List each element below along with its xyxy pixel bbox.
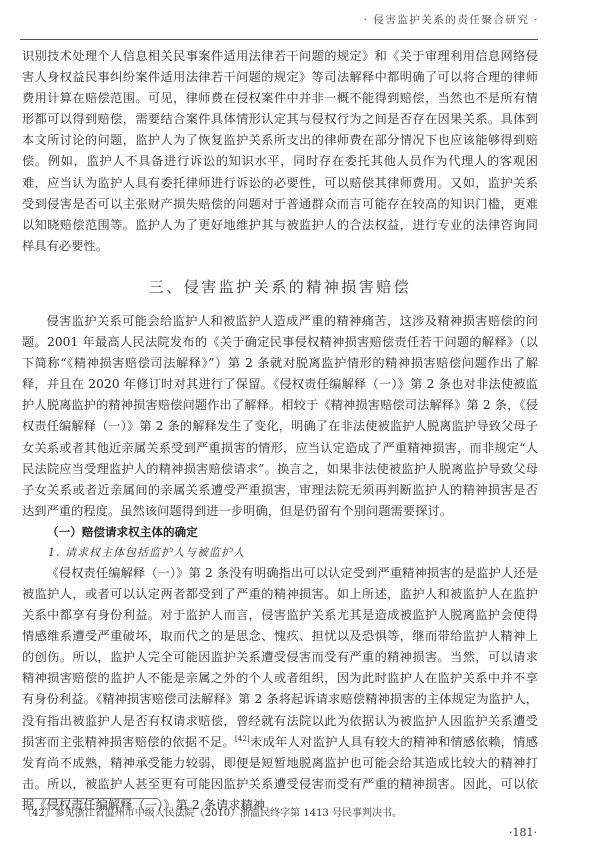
subsection-title: （一）赔偿请求权主体的确定 (22, 522, 538, 543)
body-text: 识别技术处理个人信息相关民事案件适用法律若干问题的规定》和《关于审理利用信息网络… (22, 46, 538, 816)
footnote: 〔42〕参见浙江省温州市中级人民法院（2010）浙温民终字第 1413 号民事判… (22, 804, 402, 819)
page-number: ·181· (509, 826, 537, 839)
paragraph-text: 《侵权责任编解释（一）》第 2 条没有明确指出可以认定受到严重精神损害的是监护人… (22, 566, 538, 749)
paragraph-continued: 识别技术处理个人信息相关民事案件适用法律若干问题的规定》和《关于审理利用信息网络… (22, 46, 538, 257)
paragraph: 《侵权责任编解释（一）》第 2 条没有明确指出可以认定受到严重精神损害的是监护人… (22, 563, 538, 816)
running-head: · 侵害监护关系的责任聚合研究 · (364, 12, 539, 27)
footnote-reference[interactable]: [42] (235, 735, 250, 743)
section-title: 三、侵害监护关系的精神损害赔偿 (22, 276, 538, 297)
header-rule (20, 39, 538, 40)
footnote-rule (22, 798, 158, 799)
subsubsection-title: 1. 请求权主体包括监护人与被监护人 (22, 543, 538, 563)
paragraph: 侵害监护关系可能会给监护人和被监护人造成严重的精神痛苦，这涉及精神损害赔偿的问题… (22, 311, 538, 522)
